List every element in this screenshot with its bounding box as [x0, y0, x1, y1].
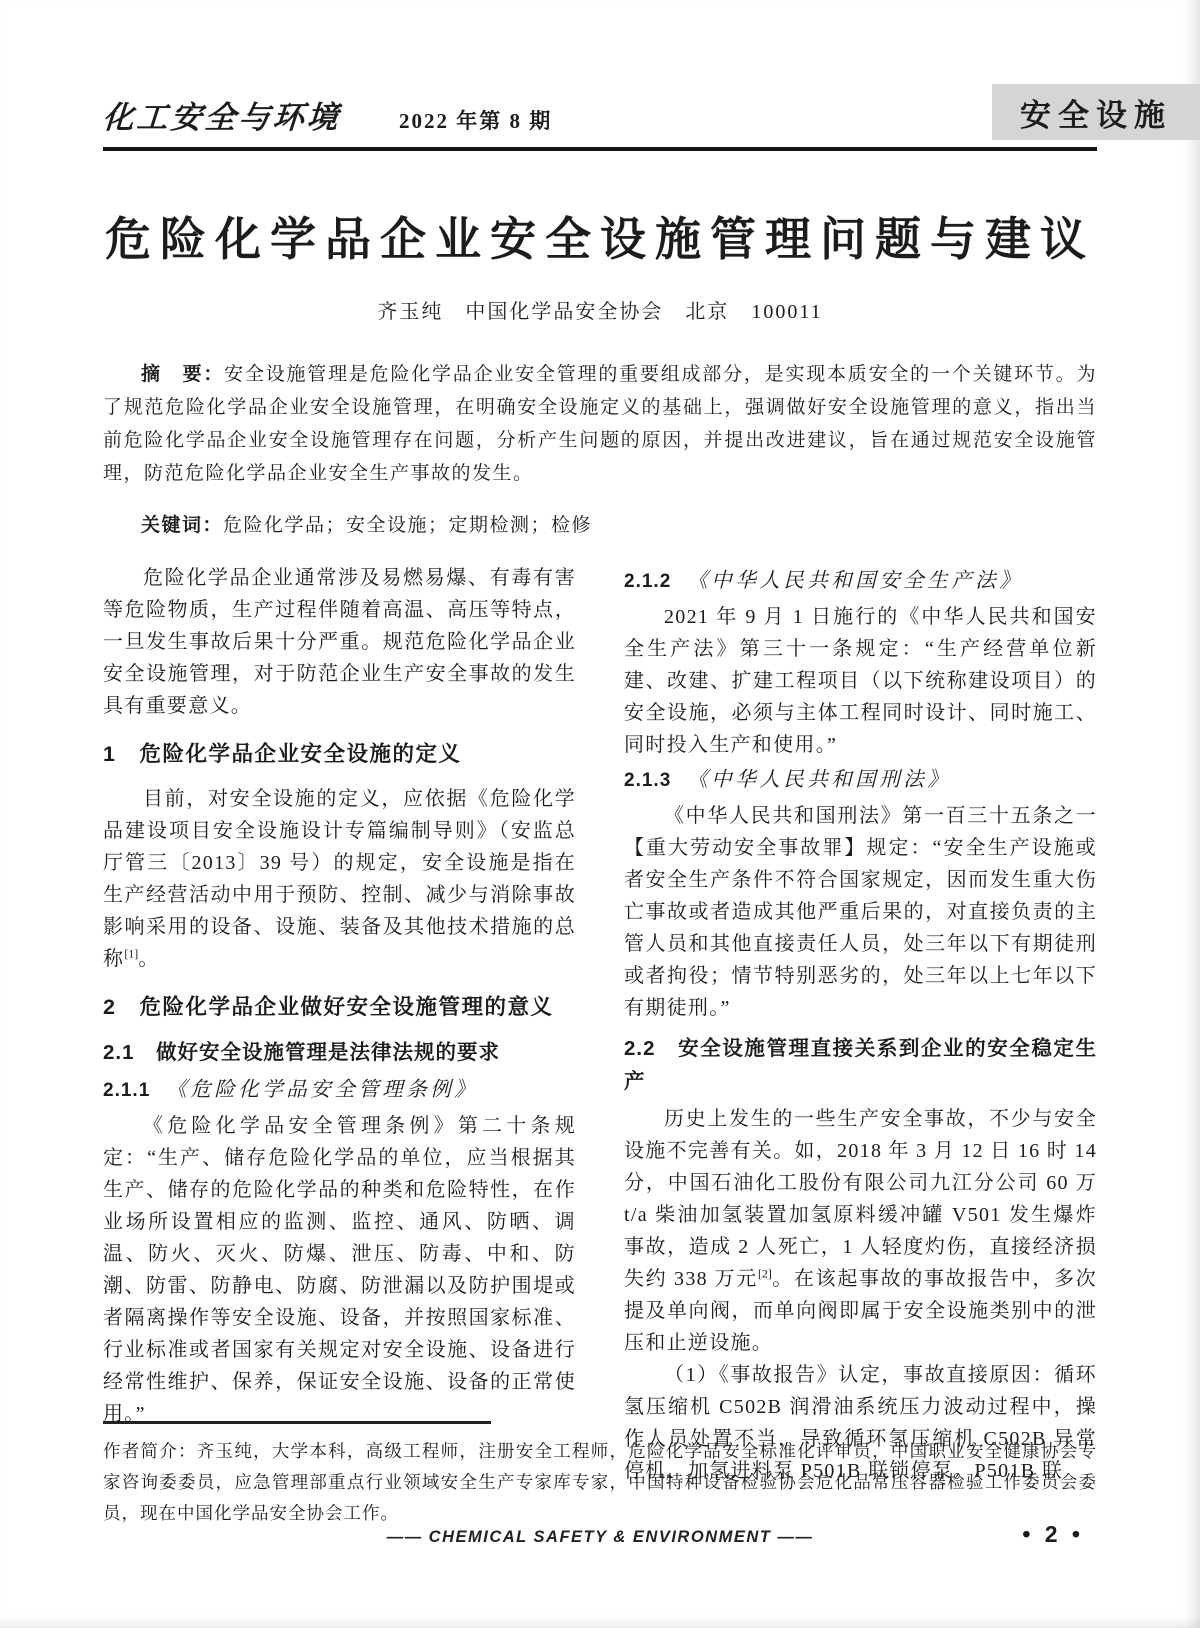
reference-marker: [2] — [758, 1266, 772, 1280]
heading-number: 2.1.1 — [103, 1080, 150, 1101]
section-heading: 2 危险化学品企业做好安全设施管理的意义 — [103, 990, 576, 1024]
author-bio-footnote: 作者简介：齐玉纯，大学本科，高级工程师，注册安全工程师，危险化学品安全标准化评审… — [103, 1436, 1097, 1529]
header-row: 化工安全与环境 2022 年第 8 期 — [103, 92, 1097, 151]
right-column: 2.1.2《中华人民共和国安全生产法》2021 年 9 月 1 日施行的《中华人… — [624, 562, 1097, 1487]
heading-number: 2.1.2 — [624, 571, 671, 592]
paragraph: 2021 年 9 月 1 日施行的《中华人民共和国安全生产法》第三十一条规定：“… — [624, 601, 1097, 761]
paragraph: 《中华人民共和国刑法》第一百三十五条之一 【重大劳动安全事故罪】规定：“安全生产… — [624, 800, 1097, 1024]
abstract-text: 安全设施管理是危险化学品企业安全管理的重要组成部分，是实现本质安全的一个关键环节… — [103, 364, 1097, 484]
keywords-text: 危险化学品；安全设施；定期检测；检修 — [223, 515, 592, 536]
journal-page: 化工安全与环境 2022 年第 8 期 安全设施 危险化学品企业安全设施管理问题… — [0, 0, 1200, 1628]
heading-number: 2.1.3 — [624, 770, 671, 791]
heading-title: 《中华人民共和国安全生产法》 — [687, 570, 1023, 592]
abstract-label: 摘 要： — [141, 364, 224, 385]
article-title: 危险化学品企业安全设施管理问题与建议 — [103, 203, 1097, 269]
subsection-heading: 2.1.1《危险化学品安全管理条例》 — [103, 1074, 576, 1107]
footnote-divider — [103, 1421, 491, 1424]
heading-title: 《中华人民共和国刑法》 — [687, 769, 951, 791]
keywords-label: 关键词： — [141, 515, 223, 536]
footer-journal-english: —— CHEMICAL SAFETY & ENVIRONMENT —— — [0, 1528, 1200, 1547]
abstract: 摘 要：安全设施管理是危险化学品企业安全管理的重要组成部分，是实现本质安全的一个… — [103, 358, 1097, 490]
heading-title: 《危险化学品安全管理条例》 — [166, 1079, 478, 1101]
column-badge: 安全设施 — [992, 84, 1200, 140]
reference-marker: [1] — [124, 946, 138, 960]
journal-name-logo: 化工安全与环境 — [101, 92, 342, 137]
paragraph: 历史上发生的一些生产安全事故，不少与安全设施不完善有关。如，2018 年 3 月… — [624, 1103, 1097, 1359]
section-heading: 2.1 做好安全设施管理是法律法规的要求 — [103, 1036, 576, 1069]
article-body: 危险化学品企业通常涉及易燃易爆、有毒有害等危险物质，生产过程伴随着高温、高压等特… — [103, 562, 1097, 1487]
section-heading: 1 危险化学品企业安全设施的定义 — [103, 737, 576, 771]
page-number: • 2 • — [1022, 1521, 1084, 1548]
paragraph: 目前，对安全设施的定义，应依据《危险化学品建设项目安全设施设计专篇编制导则》（安… — [103, 783, 576, 975]
section-heading: 2.2 安全设施管理直接关系到企业的安全稳定生产 — [624, 1032, 1097, 1098]
author-byline: 齐玉纯 中国化学品安全协会 北京 100011 — [103, 295, 1097, 324]
subsection-heading: 2.1.2《中华人民共和国安全生产法》 — [624, 565, 1097, 598]
left-column: 危险化学品企业通常涉及易燃易爆、有毒有害等危险物质，生产过程伴随着高温、高压等特… — [103, 562, 576, 1487]
paragraph: 《危险化学品安全管理条例》第二十条规定：“生产、储存危险化学品的单位，应当根据其… — [103, 1110, 576, 1430]
page-header: 化工安全与环境 2022 年第 8 期 安全设施 — [103, 0, 1097, 151]
journal-issue: 2022 年第 8 期 — [399, 105, 552, 135]
subsection-heading: 2.1.3《中华人民共和国刑法》 — [624, 764, 1097, 797]
keywords: 关键词：危险化学品；安全设施；定期检测；检修 — [103, 509, 1097, 542]
paragraph: 危险化学品企业通常涉及易燃易爆、有毒有害等危险物质，生产过程伴随着高温、高压等特… — [103, 562, 576, 722]
